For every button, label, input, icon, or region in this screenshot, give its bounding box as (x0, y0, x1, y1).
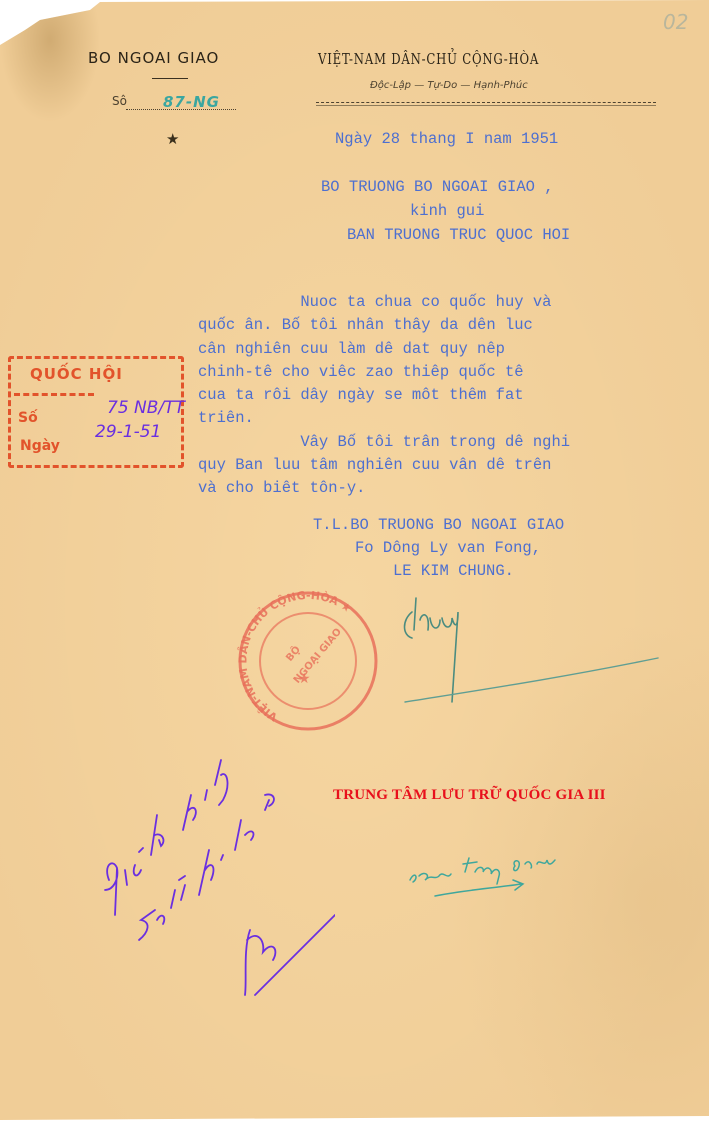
received-stamp-number-label: Số (18, 410, 38, 426)
handwritten-note-right-icon (405, 840, 605, 900)
salutation-line: kinh gui (410, 202, 484, 220)
ministry-heading: BO NGOAI GIAO (88, 49, 219, 67)
received-stamp-divider (14, 393, 94, 466)
national-motto: Độc-Lập — Tự-Do — Hạnh-Phúc (370, 80, 528, 91)
archive-label: TRUNG TÂM LƯU TRỮ QUỐC GIA III (333, 787, 606, 804)
received-stamp-number: 75 NB/TT (107, 398, 185, 418)
sender-line: BO TRUONG BO NGOAI GIAO , (321, 178, 554, 196)
official-seal-icon: VIỆT-NAM DÂN-CHỦ CỘNG-HÒA ★ BỘ NGOẠI GIA… (236, 583, 381, 738)
received-stamp-date-label: Ngày (20, 438, 60, 454)
document-page: 02 BO NGOAI GIAO Sô 87-NG ★ VIỆT-NAM DÂN… (0, 0, 709, 1120)
header-divider-right-2 (316, 105, 656, 106)
signature-position: Fo Dông Ly van Fong, (355, 539, 541, 557)
date-line: Ngày 28 thang I nam 1951 (335, 130, 558, 148)
svg-text:★: ★ (298, 671, 311, 687)
handwritten-signature-icon (400, 590, 670, 710)
reference-label: Sô (112, 94, 127, 108)
country-heading: VIỆT-NAM DÂN-CHỦ CỘNG-HÒA (318, 50, 539, 68)
signature-title: T.L.BO TRUONG BO NGOAI GIAO (313, 516, 564, 534)
received-stamp-title: QUỐC HỘI (30, 365, 123, 383)
header-divider-right (316, 102, 656, 103)
reference-number: 87-NG (163, 93, 220, 111)
letter-body: Nuoc ta chua co quốc huy và quốc ân. Bố … (198, 291, 570, 501)
signatory-name: LE KIM CHUNG. (393, 562, 514, 580)
page-number: 02 (663, 10, 688, 34)
recipient-line: BAN TRUONG TRUC QUOC HOI (347, 226, 570, 244)
received-stamp-date: 29-1-51 (95, 422, 161, 442)
handwritten-note-left-icon (95, 740, 335, 1000)
svg-text:BỘ: BỘ (283, 643, 303, 664)
star-icon: ★ (166, 130, 179, 148)
header-divider (152, 78, 188, 79)
